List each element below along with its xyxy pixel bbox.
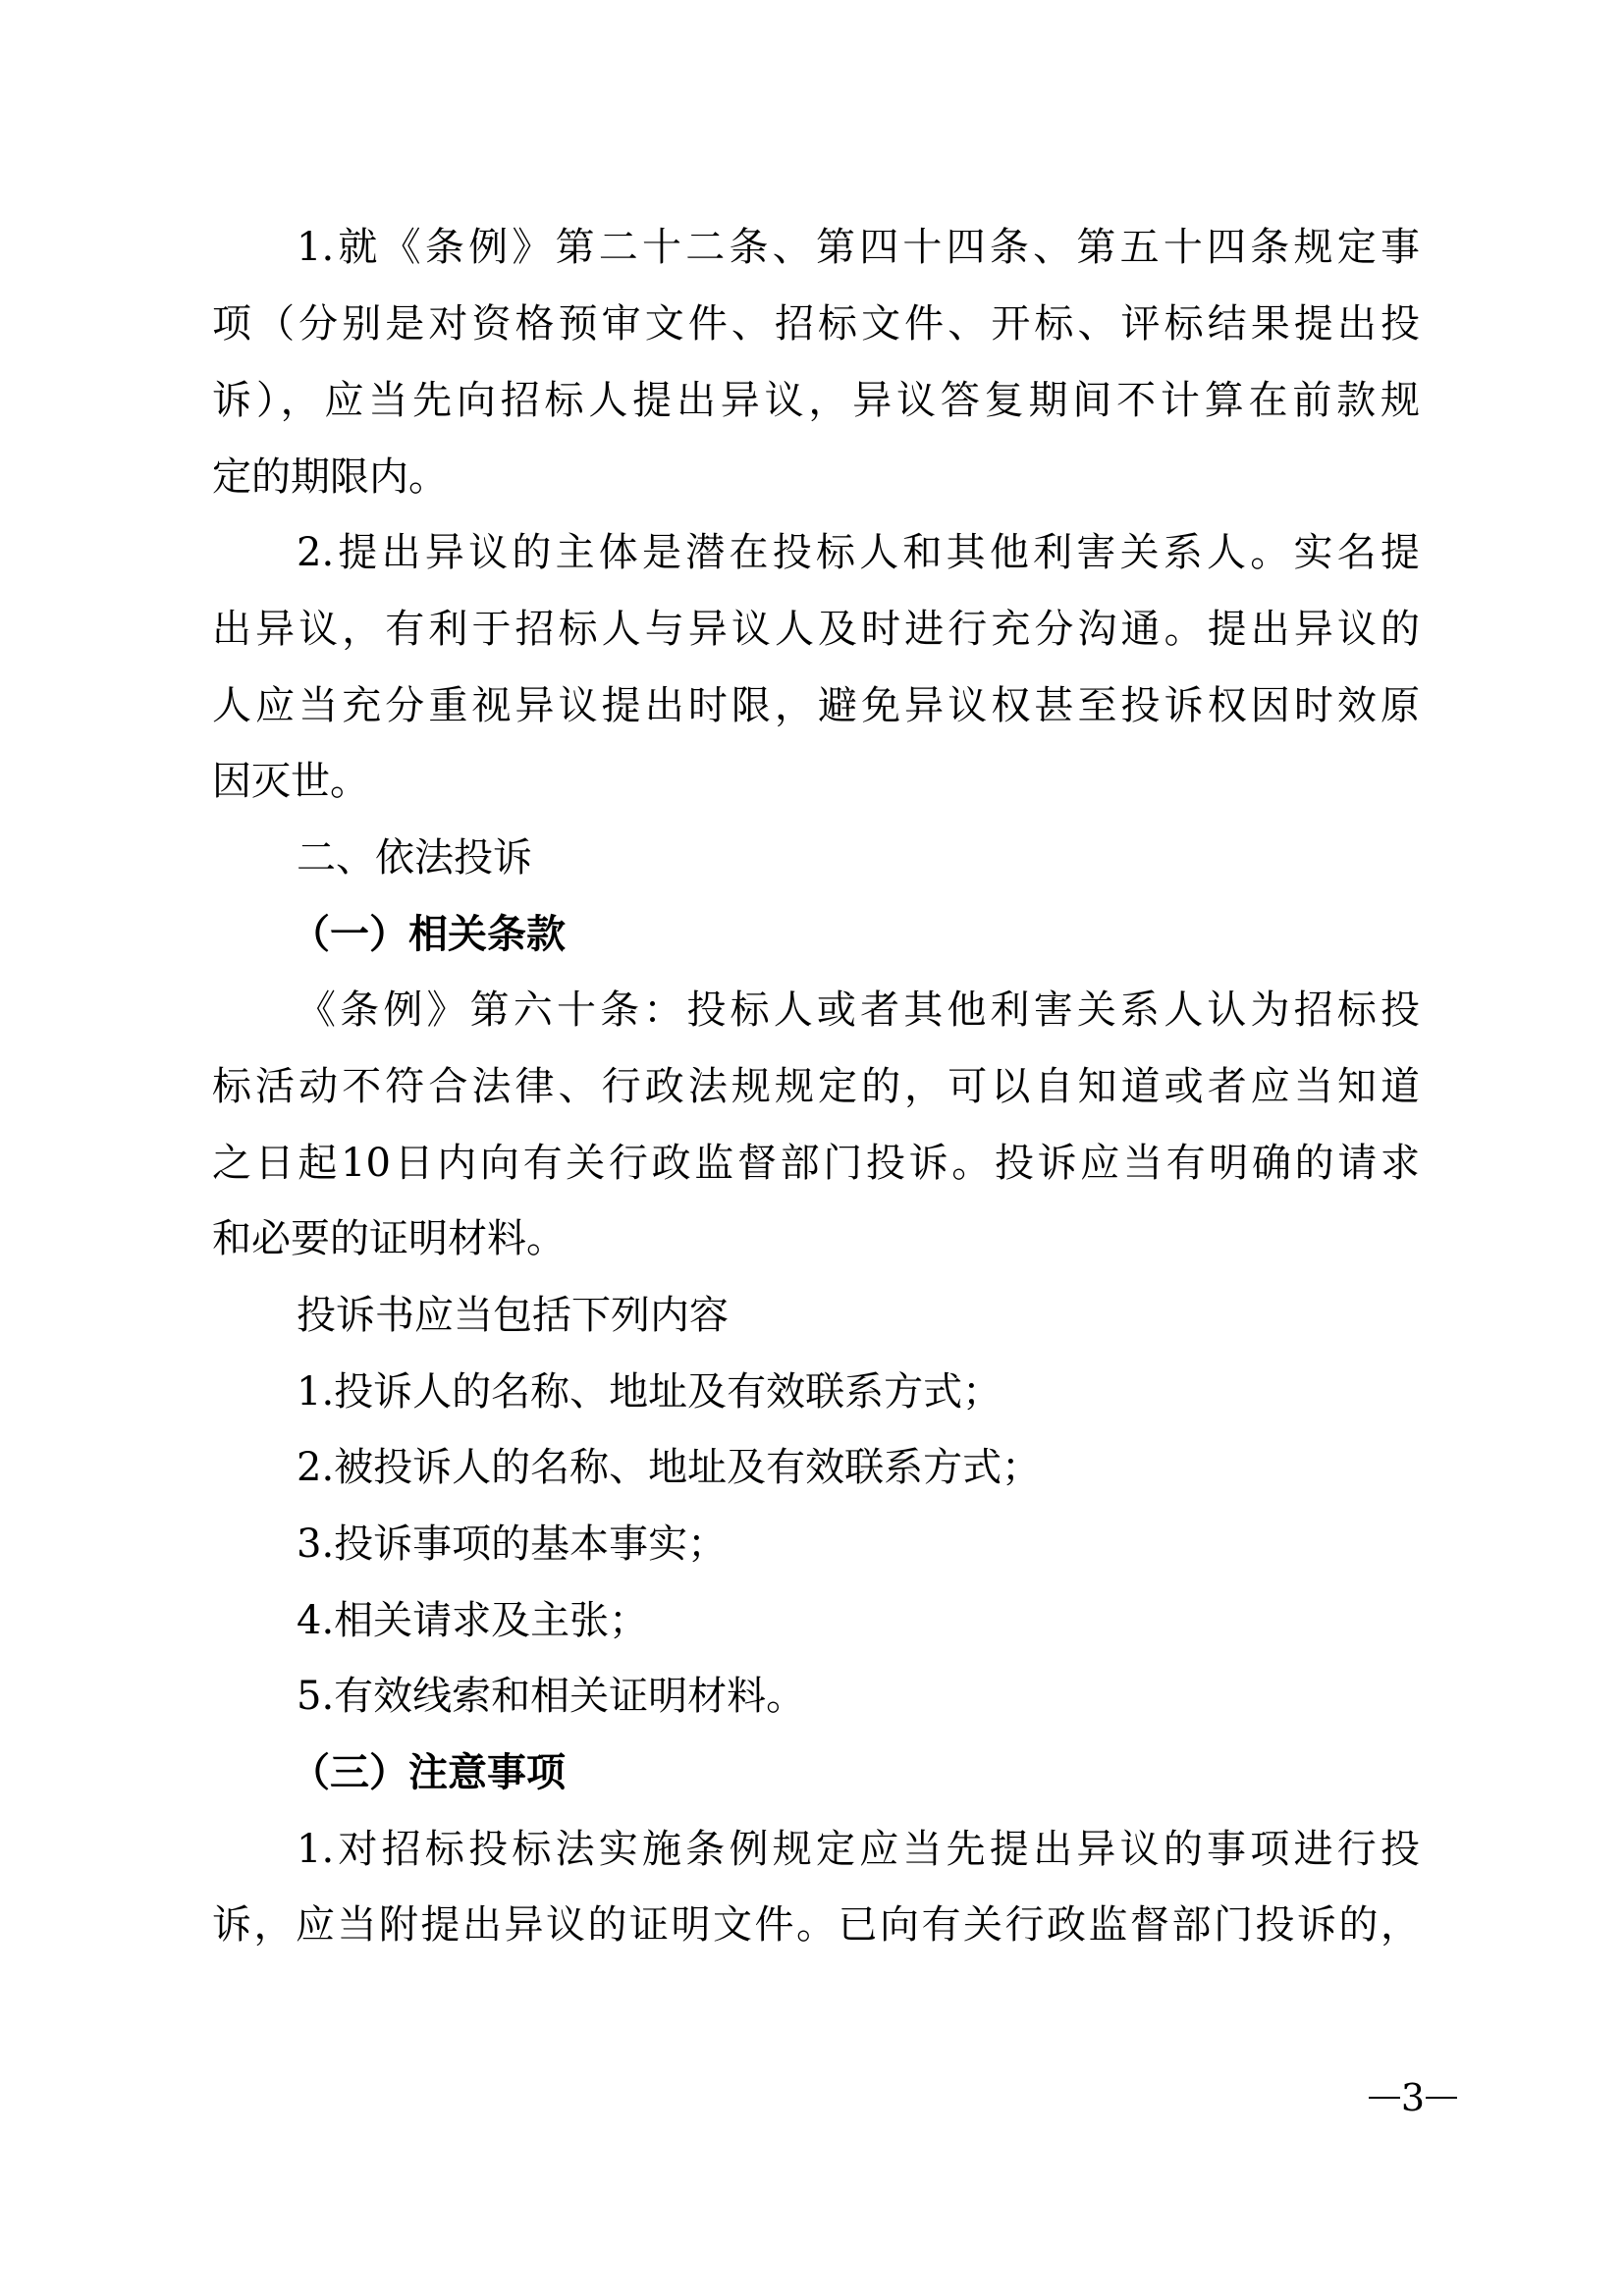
list-item: 3.投诉事项的基本事实； — [212, 1519, 1420, 1595]
list-intro: 投诉书应当包括下列内容 — [212, 1290, 1420, 1366]
list-item: 4.相关请求及主张； — [212, 1595, 1420, 1672]
list-item: 5.有效线索和相关证明材料。 — [212, 1671, 1420, 1747]
dash-left — [1369, 2097, 1400, 2099]
section-heading: 二、依法投诉 — [212, 832, 1420, 909]
page-number-value: 3 — [1401, 2076, 1425, 2119]
paragraph-line: 2.提出异议的主体是潜在投标人和其他利害关系人。实名提 — [212, 527, 1420, 604]
paragraph-line: 和必要的证明材料。 — [212, 1213, 1420, 1290]
subsection-heading: （三）注意事项 — [212, 1747, 1498, 1824]
paragraph-line: 1.就《条例》第二十二条、第四十四条、第五十四条规定事 — [212, 222, 1420, 298]
document-page: 1.就《条例》第二十二条、第四十四条、第五十四条规定事 项（分别是对资格预审文件… — [0, 0, 1624, 2296]
list-item: 2.被投诉人的名称、地址及有效联系方式； — [212, 1442, 1420, 1519]
subsection-heading: （一）相关条款 — [212, 909, 1498, 986]
paragraph-line: 标活动不符合法律、行政法规规定的，可以自知道或者应当知道 — [212, 1061, 1420, 1138]
list-item: 1.投诉人的名称、地址及有效联系方式； — [212, 1366, 1420, 1443]
paragraph-line: 之日起10日内向有关行政监督部门投诉。投诉应当有明确的请求 — [212, 1138, 1420, 1214]
paragraph-line: 出异议，有利于招标人与异议人及时进行充分沟通。提出异议的 — [212, 604, 1420, 680]
paragraph-line: 1.对招标投标法实施条例规定应当先提出异议的事项进行投 — [212, 1824, 1420, 1900]
paragraph-line: 《条例》第六十条：投标人或者其他利害关系人认为招标投 — [212, 985, 1420, 1061]
paragraph-line: 人应当充分重视异议提出时限，避免异议权甚至投诉权因时效原 — [212, 680, 1420, 757]
paragraph-line: 因灭世。 — [212, 756, 1420, 832]
paragraph-line: 定的期限内。 — [212, 452, 1420, 528]
dash-right — [1426, 2097, 1457, 2099]
paragraph-line: 诉），应当先向招标人提出异议，异议答复期间不计算在前款规 — [212, 375, 1420, 452]
paragraph-line: 项（分别是对资格预审文件、招标文件、开标、评标结果提出投 — [212, 298, 1420, 375]
paragraph-line: 诉，应当附提出异议的证明文件。已向有关行政监督部门投诉的， — [212, 1899, 1420, 1976]
page-number: 3 — [1364, 2073, 1462, 2122]
